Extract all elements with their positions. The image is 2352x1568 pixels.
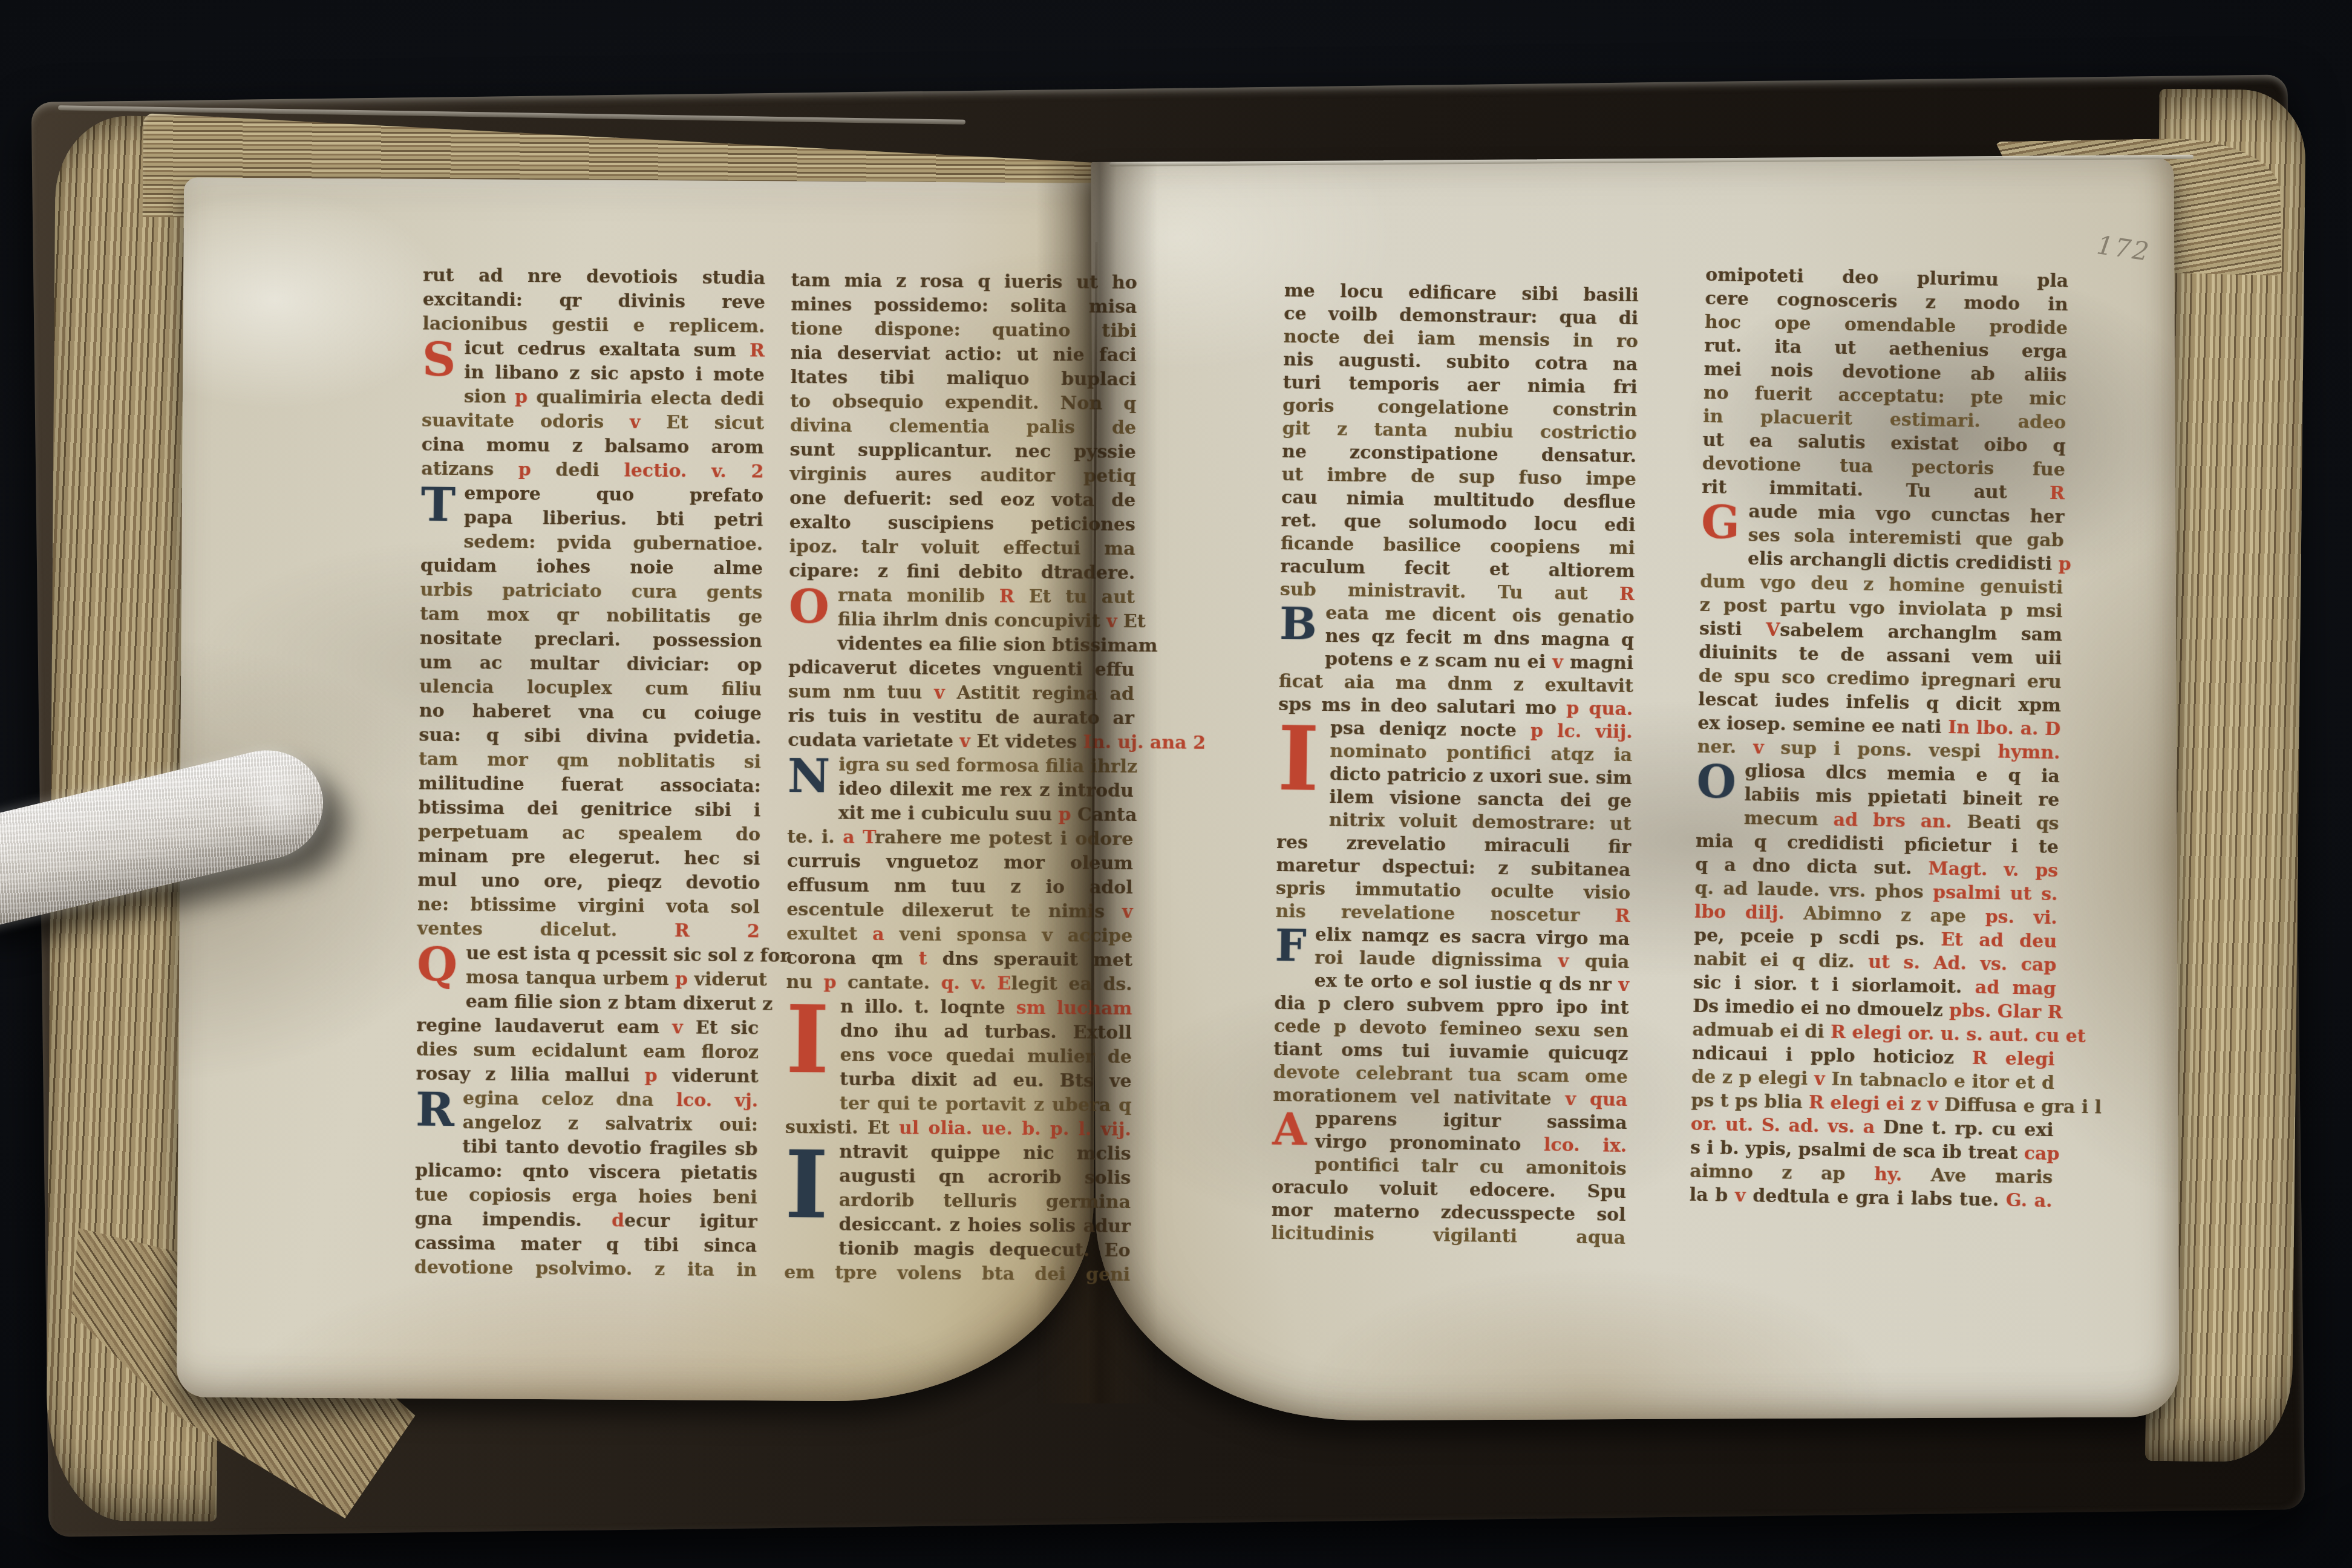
rubric-text: hy. — [1874, 1164, 1903, 1186]
rubric-text: R elegi or. u. s. aut. cu et — [1831, 1022, 2086, 1047]
rubric-text: V — [1766, 619, 1780, 641]
text-line: in libano z sic apsto i mote — [422, 361, 765, 388]
text-line: ne: btissime virgini vota sol — [417, 893, 760, 920]
ink-text: in libano z sic apsto i mote — [464, 362, 765, 385]
ink-text: pparens igitur sassima — [1315, 1108, 1627, 1134]
ink-text: morationem vel nativitate — [1273, 1085, 1566, 1110]
ink-text: n illo. t. loqnte — [840, 996, 1016, 1019]
ink-text: Diffusa e gra i l — [1938, 1094, 2102, 1119]
rubric-text: lco. vj. — [676, 1089, 759, 1111]
ink-text: tam mox qr nobilitatis ge — [420, 604, 762, 628]
ink-text: viderut — [688, 969, 767, 990]
ink-text: dies sum ecidalunt eam floroz — [416, 1039, 759, 1063]
ink-text: ipoz. talr voluit effectui ma — [789, 536, 1135, 560]
text-line: augusti qn acrorib solis — [785, 1164, 1131, 1191]
ink-text: licitudinis vigilanti aqua — [1271, 1223, 1625, 1249]
ink-text: ne zconstipatione densatur. — [1282, 441, 1636, 467]
text-line: to obsequio expendit. Non q — [790, 390, 1136, 416]
rubric-text: v — [1814, 1068, 1825, 1089]
text-line: cipare: z fini debito dtradere. — [789, 559, 1135, 586]
rubric-text: lectio. v. 2 — [624, 460, 763, 482]
rubric-text: q. v. E — [941, 973, 1011, 995]
ink-text: effusum nm tuu z io adol — [787, 875, 1133, 898]
ink-text: minam pre elegerut. hec si — [418, 846, 760, 870]
ink-text: icut cedrus exaltata sum — [464, 338, 750, 361]
ink-text: qualimiria electa dedi — [528, 387, 764, 410]
rubric-text: R — [2050, 483, 2065, 504]
text-line: tionib magis dequecut. Eo — [784, 1236, 1130, 1263]
text-line: sion p qualimiria electa dedi — [422, 385, 764, 412]
rubric-text: sm lucham — [1016, 998, 1132, 1019]
ink-text: desiccant. z hoies solis adur — [839, 1214, 1131, 1237]
ink-text: eam filie sion z btam dixerut z — [465, 991, 773, 1014]
ink-text: ce voilb demonstraur: qua di — [1284, 303, 1638, 329]
ink-text: cau nimia multitudo desflue — [1281, 487, 1636, 513]
ink-text: tione dispone: quatino tibi — [791, 318, 1137, 342]
text-line: em tpre volens bta dei geni — [784, 1261, 1130, 1287]
rubric-text: R elegi ei z v — [1809, 1092, 1938, 1116]
ink-text: sup i pons. vespi — [1763, 737, 1998, 763]
ink-text: ut imbre de sup fuso impe — [1281, 464, 1636, 490]
rubric-text: v — [1558, 950, 1569, 972]
ink-text: regine laudaverut eam — [416, 1015, 672, 1039]
rubric-text: p — [675, 969, 688, 990]
ink-text: mosa tanqua urbem — [466, 967, 675, 990]
text-line: Regina celoz dna lco. vj. — [416, 1086, 758, 1114]
ink-text: virgo pronominato — [1315, 1131, 1544, 1155]
rubric-text: R 2 — [675, 920, 760, 942]
text-line: one defuerit: sed eoz vota de — [789, 486, 1135, 513]
ink-text: corona qm — [786, 947, 919, 970]
ink-text: q. ad laude. vrs. phos — [1694, 878, 1933, 903]
ink-text: oraculo voluit edocere. Spu — [1272, 1177, 1626, 1203]
ink-text: em tpre volens bta dei geni — [784, 1262, 1130, 1285]
ink-text: Canta — [1071, 804, 1137, 826]
text-line: turba dixit ad eu. Bts ve — [785, 1067, 1131, 1094]
ink-text: legit ea ds. — [1011, 973, 1132, 995]
ink-text: dedtula e gra i labs tue. — [1745, 1185, 2006, 1211]
ink-text: augusti qn acrorib solis — [839, 1166, 1131, 1189]
rubric-text: psalmi ut s. — [1933, 882, 2058, 906]
text-line: minam pre elegerut. hec si — [418, 844, 760, 872]
ink-text: tibi tanto devotio fragiles sb — [462, 1136, 757, 1160]
text-column-right-2: omipoteti deo plurimu placere cognosceri… — [1689, 263, 2068, 1213]
ink-text: aimno z ap — [1690, 1161, 1874, 1185]
ink-text: sic i sior. t i siorlamoit. — [1693, 972, 1976, 998]
ink-text: sion — [464, 386, 515, 408]
text-line: mosa tanqua urbem p viderut — [417, 965, 759, 993]
ink-text: nis augusti. subito cotra na — [1283, 349, 1638, 375]
drop-cap-initial: A — [1272, 1109, 1307, 1155]
ink-text: rit immitati. Tu aut — [1702, 477, 2050, 504]
text-line: mul uno ore, pieqz devotio — [417, 869, 760, 896]
ink-text: plicamo: qnto viscera pietatis — [415, 1160, 757, 1184]
text-line: ideo dilexit me rex z introdu — [788, 777, 1134, 803]
ink-text: curruis vnguetoz mor oleum — [787, 851, 1133, 874]
ink-text: git z tanta nubiu costrictio — [1282, 418, 1636, 444]
text-line: tue copiosis erga hoies beni — [415, 1183, 757, 1210]
ink-text: me locu edificare sibi basili — [1284, 280, 1639, 306]
rubric-text: a — [843, 827, 855, 848]
rubric-text: ul olia. ue. b. p. l. vij. — [899, 1117, 1131, 1140]
text-line: exalto suscipiens peticiones — [789, 511, 1135, 537]
ink-text: magni — [1563, 652, 1634, 674]
ink-text: escentule dilexerut te nimis — [786, 899, 1122, 923]
text-line: Que est ista q pcessit sic sol z for — [417, 941, 759, 969]
rubric-text: pbs. Glar R — [1949, 1000, 2063, 1023]
rubric-text: v — [1106, 611, 1117, 632]
ink-text: filia ihrlm dnis concupivit — [838, 609, 1107, 632]
ink-text: nia deserviat actio: ut nie faci — [791, 342, 1137, 366]
text-column-left-2: tam mia z rosa q iueris ut homines possi… — [784, 269, 1137, 1287]
ink-text: cudata varietate — [788, 730, 959, 752]
drop-cap-initial: B — [1279, 603, 1318, 650]
rubric-text: cap — [2024, 1143, 2060, 1165]
ink-text: sabelem archanglm sam — [1780, 619, 2062, 645]
text-line: tione dispone: quatino tibi — [791, 317, 1137, 344]
ink-text: de z p elegi — [1691, 1067, 1815, 1090]
text-line: nu p cantate. q. v. Elegit ea ds. — [786, 970, 1132, 997]
text-line: Beata me dicent ois genatio — [1279, 601, 1634, 629]
ink-text: one defuerit: sed eoz vota de — [789, 488, 1135, 511]
ink-text: dia p clero subvem ppro ipo int — [1274, 993, 1628, 1019]
text-line: sum nm tuu v Astitit regina ad — [788, 680, 1134, 707]
text-line: no haberet vna cu coiuge — [419, 699, 762, 727]
ink-text: ps t ps blia — [1691, 1090, 1809, 1113]
ink-text: to obsequio expendit. Non q — [790, 391, 1136, 414]
rubric-text: R — [1619, 584, 1635, 605]
ink-text: ex te orto e sol iustie q ds nr — [1315, 970, 1619, 996]
rubric-text: ut s. Ad. vs. cap — [1868, 952, 2057, 976]
text-line: plicamo: qnto viscera pietatis — [415, 1159, 757, 1186]
ink-text: Astitit regina ad — [945, 682, 1135, 705]
text-line: rosay z lilia mallui p viderunt — [416, 1062, 758, 1089]
text-line: ter qui te portavit z ubera q — [785, 1091, 1131, 1118]
ink-text: divina clementia palis de — [790, 415, 1136, 439]
ink-text: militudine fuerat associata: — [419, 773, 761, 797]
rubric-text: ad brs an. — [1833, 809, 1952, 832]
text-line: sedem: pvida gubernatioe. — [420, 530, 763, 557]
text-line: Ornata monilib R Et tu aut — [789, 583, 1135, 610]
text-line: ventes dicelut. R 2 — [417, 917, 760, 944]
ink-text: potens e z scam nu ei — [1325, 648, 1553, 673]
rubric-text: t — [918, 949, 927, 970]
ink-text: ardorib telluris germina — [839, 1190, 1131, 1213]
rubric-text: R — [999, 586, 1014, 607]
drop-cap-initial: I — [1277, 718, 1319, 811]
rubric-text: T — [863, 827, 875, 848]
rubric-text: In. uj. ana 2 — [1083, 731, 1206, 753]
ink-text: psa deniqz nocte — [1330, 717, 1530, 742]
ink-text: ficat aia ma dnm z exultavit — [1279, 671, 1633, 697]
ink-text: btissima dei genitrice sibi i — [418, 797, 760, 822]
text-line: suxisti. Et ul olia. ue. b. p. l. vij. — [785, 1116, 1131, 1142]
rubric-text: v qua — [1565, 1089, 1627, 1111]
text-line: rut ad nre devotiois studia — [423, 264, 765, 291]
ink-text: nitrix voluit demostrare: ut — [1329, 809, 1632, 835]
rubric-text: p lc. viij. — [1530, 720, 1633, 743]
rubric-text: v — [934, 682, 945, 704]
ink-text: perpetuam ac spealem do — [418, 822, 760, 846]
text-line: exultet a veni sponsa v accipe — [786, 922, 1132, 949]
text-line: effusum nm tuu z io adol — [787, 874, 1133, 900]
ink-text: cipare: z fini debito dtradere. — [789, 560, 1135, 584]
rubric-text: p — [1059, 804, 1071, 825]
text-line: ris tuis in vestitu de aurato ar — [788, 704, 1134, 731]
ink-text: nis revelatione noscetur — [1275, 901, 1615, 927]
rubric-text: G. a. — [2006, 1190, 2053, 1212]
ink-text: maretur dspectui: z subitanea — [1276, 855, 1630, 881]
ink-text: sum nm tuu — [788, 681, 935, 704]
text-line: filia ihrlm dnis concupivit v Et — [789, 607, 1135, 634]
ink-text: ideo dilexit me rex z introdu — [838, 779, 1134, 802]
text-line: sua: q sibi divina pvidetia. — [419, 724, 761, 751]
ink-text: urbis patriciato cura gents — [420, 580, 762, 604]
ink-text: suxisti. Et — [785, 1117, 899, 1138]
drop-cap-initial: G — [1700, 501, 1740, 549]
rubric-text: hymn. — [1998, 741, 2060, 763]
ink-text: turi temporis aer nimia fri — [1283, 372, 1638, 398]
text-line: nia deserviat actio: ut nie faci — [791, 341, 1137, 368]
ink-text: ue est ista q pcessit sic sol z for — [466, 942, 789, 967]
ink-text: papa liberius. bti petri — [464, 507, 763, 531]
ink-text: la b — [1689, 1184, 1735, 1206]
rubric-text: R — [1615, 906, 1630, 927]
text-line: sunt supplicantur. nec pyssie — [790, 438, 1136, 465]
drop-cap-initial: N — [788, 754, 831, 803]
ink-text: sisti — [1699, 618, 1766, 641]
drop-cap-initial: I — [785, 996, 829, 1093]
text-line: lacionibus gestii e replicem. — [422, 312, 765, 339]
rubric-text: ps. vi. — [1985, 906, 2057, 929]
text-line: xit me i cubiculu suu p Canta — [787, 801, 1133, 828]
ink-text: tam mor qm noblitatis si — [419, 749, 761, 773]
ink-text: devote celebrant tua scam ome — [1273, 1062, 1628, 1088]
ink-text: rut ad nre devotiois studia — [423, 265, 765, 289]
text-line: devotione psolvimo. z ita in — [414, 1256, 757, 1283]
ink-text: dno ihu ad turbas. Extoll — [840, 1021, 1132, 1044]
drop-cap-initial: O — [1696, 760, 1737, 808]
ink-text: ltates tibi maliquo buplaci — [790, 367, 1136, 390]
ink-text: pdicaverut dicetes vnguenti effu — [788, 657, 1134, 681]
ink-text: excitandi: qr divinis reve — [423, 289, 765, 313]
ink-text: nu — [786, 972, 824, 993]
ink-text: nes qz fecit m dns magna q — [1325, 626, 1634, 651]
text-line: dies sum ecidalunt eam floroz — [416, 1038, 759, 1065]
rubric-text: lco. ix. — [1544, 1134, 1627, 1157]
text-line: cassima mater q tibi sinca — [414, 1232, 757, 1259]
ink-text: atizans — [421, 459, 518, 480]
rubric-text: v — [1552, 652, 1563, 673]
drop-cap-initial: R — [416, 1088, 455, 1137]
ink-text: turba dixit ad eu. Bts ve — [840, 1069, 1131, 1092]
text-line: cudata varietate v Et videtes In. uj. an… — [788, 728, 1134, 755]
ink-text: tue copiosis erga hoies beni — [415, 1184, 757, 1209]
ink-text: sub ministravit. Tu aut — [1280, 579, 1619, 605]
ink-text: ndicaui i pplo hoticioz — [1692, 1043, 1973, 1069]
text-line: suavitate odoris v Et sicut — [422, 409, 764, 436]
rubric-text: or. ut. S. ad. vs. a — [1691, 1114, 1875, 1138]
ink-text: quia — [1569, 951, 1630, 973]
ink-text: tionib magis dequecut. Eo — [838, 1238, 1130, 1261]
rubric-text: v — [630, 412, 641, 433]
ink-text — [855, 827, 863, 848]
text-line: excitandi: qr divinis reve — [423, 288, 765, 315]
drop-cap-initial: T — [420, 483, 456, 532]
ink-text: gna impendis. — [414, 1209, 612, 1232]
text-line: escentule dilexerut te nimis v — [786, 898, 1132, 924]
ink-text: suavitate odoris — [422, 410, 630, 433]
text-line: quidam iohes noie alme — [420, 554, 763, 581]
text-line: Sicut cedrus exaltata sum R — [422, 336, 765, 364]
rubric-text: R — [750, 340, 765, 361]
ink-text: sps ms in deo salutari mo — [1278, 694, 1567, 719]
ink-text: ventes dicelut. — [417, 918, 675, 942]
text-line: ipoz. talr voluit effectui ma — [789, 535, 1135, 561]
text-line: videntes ea filie sion btissimam — [788, 632, 1134, 658]
ink-text: videntes ea filie sion btissimam — [837, 633, 1157, 657]
ink-text: ecur igitur — [624, 1210, 757, 1233]
text-line: desiccant. z hoies solis adur — [785, 1212, 1131, 1239]
text-line: tam mia z rosa q iueris ut ho — [791, 269, 1137, 295]
ink-text: te. i. — [787, 826, 843, 848]
text-line: virginis aures auditor petiq — [789, 462, 1135, 489]
ink-text: exultet — [786, 923, 872, 945]
ink-text: ret. que solumodo locu edi — [1281, 510, 1635, 536]
ink-text: tiant oms tui iuvamie quicuqz — [1273, 1039, 1628, 1065]
ink-text: ntravit quippe nic mclis — [839, 1142, 1131, 1165]
ink-text: Et videtes — [970, 731, 1083, 753]
text-line: angeloz z salvatrix oui: — [416, 1111, 758, 1138]
rubric-text: In lbo. a. D — [1948, 717, 2061, 740]
text-line: gna impendis. decur igitur — [414, 1207, 757, 1235]
text-line: militudine fuerat associata: — [419, 772, 761, 799]
rubric-text: Magt. v. ps — [1928, 858, 2058, 881]
ink-text: mecum — [1744, 808, 1834, 831]
text-line: ulencia locuplex cum filiu — [419, 675, 762, 702]
text-line: corona qm t dns sperauit met — [786, 946, 1132, 973]
rubric-text: ad mag — [1975, 977, 2056, 999]
text-line: um ac multar diviciar: op — [419, 651, 762, 678]
text-line: eam filie sion z btam dixerut z — [417, 990, 759, 1017]
text-column-left-1: rut ad nre devotiois studiaexcitandi: qr… — [414, 264, 766, 1283]
ink-text: no haberet vna cu coiuge — [419, 701, 762, 725]
rubric-text: v — [672, 1017, 683, 1038]
text-line: ltates tibi maliquo buplaci — [790, 365, 1136, 392]
ink-text: nabit ei q diz. — [1693, 949, 1868, 973]
ink-text: cantate. — [836, 972, 941, 994]
ink-text: ne: btissime virgini vota sol — [417, 894, 760, 918]
ink-text: In tabnaclo e itor et d — [1824, 1069, 2054, 1094]
rubric-text: p — [518, 459, 531, 480]
ink-text: nominato pontifici atqz ia — [1330, 740, 1632, 766]
text-line: Nigra su sed formosa filia ihrlz — [788, 753, 1134, 779]
ink-text: ex iosep. semine ee nati — [1697, 713, 1948, 738]
ink-text: Beati qs — [1952, 811, 2059, 834]
ink-text: nocte dei iam mensis in ro — [1284, 326, 1638, 352]
ink-text: xit me i cubiculu suu — [838, 803, 1059, 826]
text-line: atizans p dedi lectio. v. 2 — [421, 457, 763, 485]
text-line: Intravit quippe nic mclis — [785, 1140, 1131, 1166]
rubric-text: Et ad deu — [1941, 929, 2057, 952]
ink-text: admuab ei di — [1692, 1019, 1831, 1043]
ink-text: ficande basilice coopiens mi — [1281, 533, 1635, 559]
ink-text: viderunt — [657, 1065, 758, 1087]
ink-text: angeloz z salvatrix oui: — [463, 1112, 758, 1135]
text-line: ardorib telluris germina — [785, 1188, 1131, 1215]
text-line: divina clementia palis de — [790, 414, 1136, 440]
ink-text: goris congelatione constrin — [1282, 395, 1637, 421]
ink-text: dns sperauit met — [927, 949, 1132, 971]
ink-text: eata me dicent ois genatio — [1325, 603, 1635, 628]
text-line: tam mor qm noblitatis si — [419, 748, 761, 775]
ink-text: empore quo prefato — [464, 483, 763, 506]
ink-text: mines possidemo: solita misa — [791, 294, 1137, 318]
ink-text: cassima mater q tibi sinca — [414, 1233, 757, 1257]
ink-text: Abimno z ape — [1785, 903, 1985, 927]
rubric-text: v — [959, 731, 970, 752]
rubric-text: d — [612, 1210, 624, 1231]
text-line: mines possidemo: solita misa — [791, 293, 1137, 319]
rubric-text: p — [515, 387, 528, 408]
text-line: urbis patriciato cura gents — [420, 578, 762, 606]
text-line: nositate preclari. possession — [420, 627, 762, 654]
text-line: perpetuam ac spealem do — [418, 820, 760, 848]
ink-text: res zrevelatio miraculi fir — [1276, 832, 1631, 858]
text-column-right-1: me locu edificare sibi basilice voilb de… — [1271, 279, 1639, 1250]
rubric-text: p — [823, 972, 836, 993]
ink-text: cina momu z balsamo arom — [422, 434, 764, 459]
ink-text: tam mia z rosa q iueris ut ho — [791, 270, 1137, 293]
rubric-text: v — [1753, 737, 1764, 758]
ink-text: quidam iohes noie alme — [420, 555, 763, 580]
ink-text: ter qui te portavit z ubera q — [840, 1093, 1131, 1116]
ink-text: raculum fecit et altiorem — [1280, 556, 1635, 582]
ink-text: mor materno zdecusspecte sol — [1271, 1200, 1625, 1226]
ink-text: egina celoz dna — [463, 1088, 676, 1111]
ink-text: ris tuis in vestitu de aurato ar — [788, 705, 1134, 729]
ink-text: nositate preclari. possession — [420, 628, 762, 652]
ink-text: Et sicut — [640, 412, 764, 434]
rubric-text: v — [1618, 975, 1629, 996]
text-line: dno ihu ad turbas. Extoll — [786, 1019, 1132, 1045]
ink-text: pontifici talr cu amonitois — [1315, 1154, 1627, 1180]
ink-text: Dne t. rp. cu exi — [1875, 1117, 2054, 1141]
text-line: btissima dei genitrice sibi i — [418, 796, 760, 823]
ink-text: pe, pceie p scdi ps. — [1694, 925, 1941, 950]
text-line: papa liberius. bti petri — [421, 506, 763, 533]
rubric-text: a — [872, 924, 884, 945]
ink-text: roi laude dignissima — [1315, 947, 1558, 972]
ink-text: Ave maris — [1902, 1165, 2053, 1188]
ink-text: lacionibus gestii e replicem. — [422, 313, 765, 338]
ink-text: ilem visione sancta dei ge — [1329, 786, 1632, 812]
ink-text: exalto suscipiens peticiones — [789, 512, 1135, 535]
ink-text: q a dno dicta sut. — [1695, 854, 1929, 880]
ink-text: Ds imedio ei no dmouelz — [1693, 996, 1950, 1021]
ink-text: sunt supplicantur. nec pyssie — [790, 439, 1136, 463]
ink-text: Et tu aut — [1014, 586, 1135, 608]
ink-text: rnata monilib — [838, 585, 999, 607]
ink-text: sua: q sibi divina pvidetia. — [419, 725, 761, 749]
text-line: In illo. t. loqnte sm lucham — [786, 995, 1132, 1021]
ink-text: Et sic — [683, 1017, 759, 1039]
rubric-text: p — [2058, 554, 2071, 575]
ink-text: mul uno ore, pieqz devotio — [417, 870, 760, 894]
ink-text: devotione psolvimo. z ita in — [414, 1256, 757, 1281]
ink-text: spris immutatio oculte visio — [1276, 878, 1630, 904]
photo-black-backdrop: rut ad nre devotiois studiaexcitandi: qr… — [0, 0, 2352, 1568]
